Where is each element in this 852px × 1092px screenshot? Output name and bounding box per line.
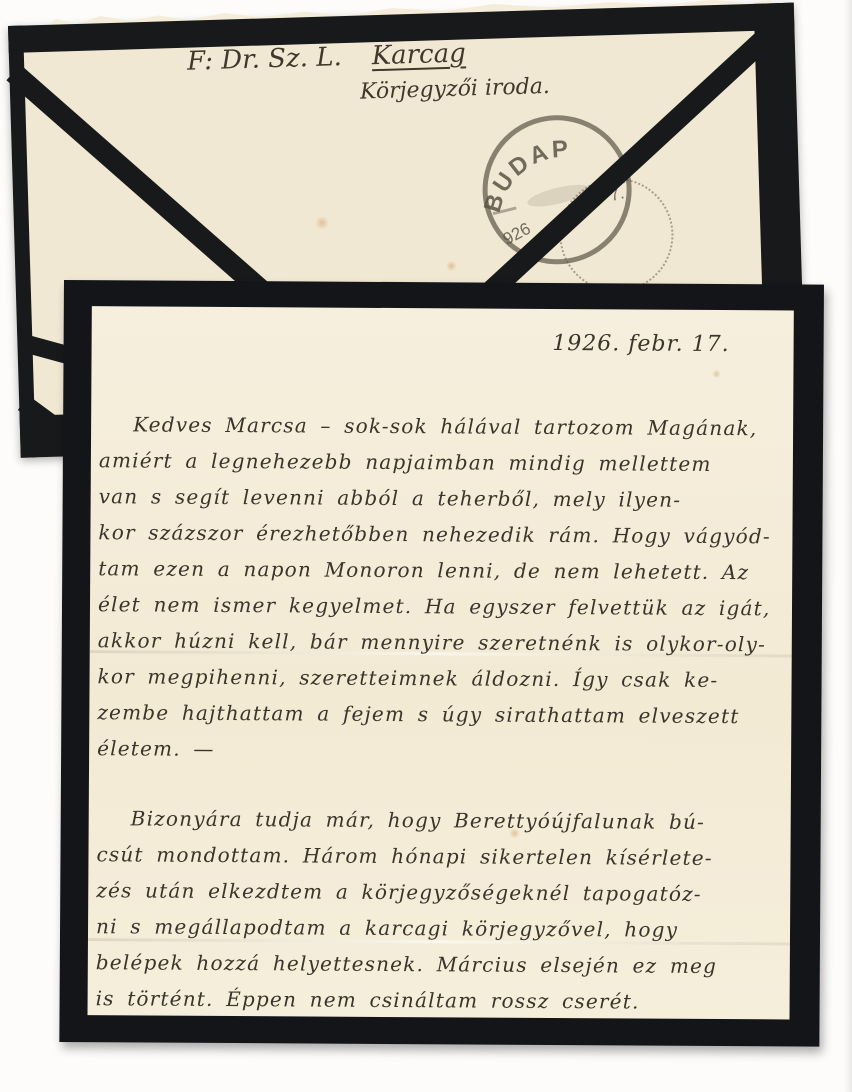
letter-line: ni s megállapodtam a karcagi körjegyzőve… (96, 908, 790, 948)
letter-line: akkor húzni kell, bár mennyire szeretnén… (98, 622, 792, 662)
sender-abbreviation: F: Dr. Sz. L. (187, 42, 342, 77)
mourning-letter: 1926. febr. 17. Kedves Marcsa – sok-sok … (59, 280, 824, 1047)
foxing-spot (711, 370, 721, 378)
letter-line: életem. — (97, 730, 791, 770)
letter-line: zés után elkezdtem a körjegyzőségeknél t… (96, 872, 790, 912)
envelope-address: F: Dr. Sz. L. Karcag Körjegyzői iroda. (187, 36, 551, 110)
letter-line: Bizonyára tudja már, hogy Berettyóújfalu… (97, 800, 791, 840)
scanner-edge-shadow (844, 0, 852, 1092)
letter-line: is történt. Éppen nem csináltam rossz cs… (96, 980, 790, 1020)
letter-line: belépek hozzá helyettesnek. Március else… (96, 944, 790, 984)
letter-paper: 1926. febr. 17. Kedves Marcsa – sok-sok … (88, 306, 794, 1019)
letter-paragraph-2: Bizonyára tudja már, hogy Berettyóújfalu… (96, 800, 791, 1020)
letter-line: amiért a legnehezebb napjaimban mindig m… (99, 442, 793, 482)
letter-paragraph-1: Kedves Marcsa – sok-sok hálával tartozom… (97, 406, 793, 770)
letter-line: kor százszor érezhetőbben nehezedik rám.… (98, 514, 792, 554)
scanned-mourning-letter-photo: F: Dr. Sz. L. Karcag Körjegyzői iroda. B… (0, 0, 852, 1092)
foxing-spot (445, 261, 457, 271)
foxing-spot (314, 217, 330, 229)
letter-line: tam ezen a napon Monoron lenni, de nem l… (98, 550, 792, 590)
envelope-address-line2: Körjegyzői iroda. (360, 74, 550, 105)
sender-place: Karcag (371, 38, 466, 71)
letter-line: élet nem ismer kegyelmet. Ha egyszer fel… (98, 586, 792, 626)
letter-line: kor megpihenni, szeretteimnek áldozni. Í… (97, 658, 791, 698)
letter-date: 1926. febr. 17. (552, 331, 729, 357)
letter-line: Kedves Marcsa – sok-sok hálával tartozom… (99, 406, 793, 446)
postmark-faint-circle (558, 176, 675, 293)
letter-line: van s segít levenni abból a teherből, me… (99, 478, 793, 518)
letter-line: zembe hajthattam a fejem s úgy sirathatt… (97, 694, 791, 734)
letter-line: csút mondottam. Három hónapi sikertelen … (96, 836, 790, 876)
